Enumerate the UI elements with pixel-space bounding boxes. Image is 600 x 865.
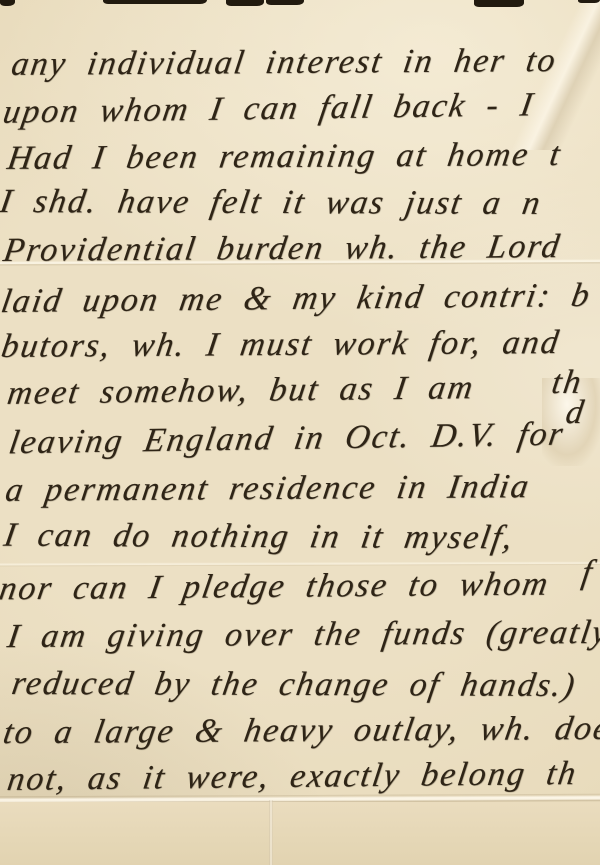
handwriting-line: meet somehow, but as I am <box>5 371 477 411</box>
handwriting-line: leaving England in Oct. D.V. for <box>7 418 567 461</box>
torn-edge-notch <box>103 0 207 4</box>
handwriting-line: a permanent residence in India <box>3 470 532 508</box>
torn-edge-notch <box>474 0 524 7</box>
fold-crease-vertical <box>269 800 273 865</box>
letter-page: any individual interest in her to upon w… <box>0 0 600 865</box>
handwriting-fragment: f <box>579 556 596 590</box>
handwriting-line: I shd. have felt it was just a n <box>0 185 544 221</box>
handwriting-line: Had I been remaining at home t <box>5 138 564 176</box>
handwriting-line: I am giving over the funds (greatly <box>5 616 600 654</box>
handwriting-line: butors, wh. I must work for, and <box>0 326 562 364</box>
paper-bottom-fold-panel <box>0 802 600 865</box>
handwriting-line: Providential burden wh. the Lord <box>1 230 563 268</box>
handwriting-line: I can do nothing in it myself, <box>1 519 516 556</box>
handwriting-line: not, as it were, exactly belong th <box>5 757 580 797</box>
handwriting-line: nor can I pledge those to whom <box>0 568 552 607</box>
handwriting-line: laid upon me & my kind contri: b <box>0 279 594 319</box>
handwriting-line: to a large & heavy outlay, wh. does <box>1 712 600 750</box>
handwriting-fragment: d <box>563 396 587 430</box>
handwriting-line: upon whom I can fall back - I <box>1 88 537 129</box>
torn-edge-notch <box>226 0 264 6</box>
torn-edge-notch <box>266 0 304 5</box>
torn-edge-notch <box>578 0 600 3</box>
handwriting-line: any individual interest in her to <box>9 44 559 82</box>
torn-edge-notch <box>0 0 15 6</box>
handwriting-line: reduced by the change of hands.) <box>9 667 578 703</box>
